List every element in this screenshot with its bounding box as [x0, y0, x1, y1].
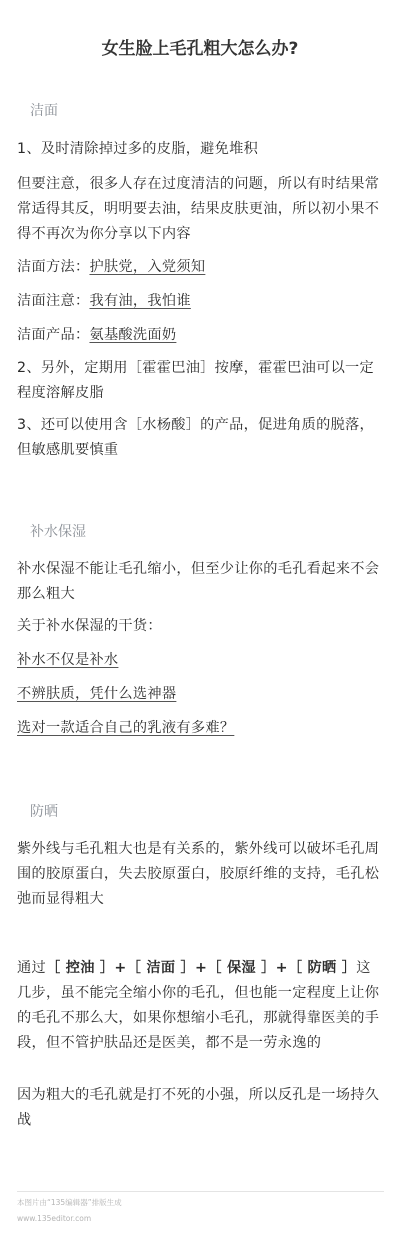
article-title: 女生脸上毛孔粗大怎么办?	[0, 34, 400, 59]
summary-lead: 通过	[17, 960, 46, 976]
cleansing-product-link[interactable]: 氨基酸洗面奶	[89, 327, 176, 343]
cleansing-note: 但要注意，很多人存在过度清洁的问题，所以有时结果常常适得其反，明明要去油，结果皮…	[17, 172, 385, 247]
hydration-link-3[interactable]: 选对一款适合自己的乳液有多难？	[17, 720, 234, 736]
cleansing-caution-label: 洁面注意：	[17, 293, 89, 309]
footer-divider	[17, 1191, 384, 1192]
footer-credit: 本图片由“135编辑器”排版生成	[17, 1197, 122, 1208]
cleansing-item-1: 1、及时清除掉过多的皮脂，避免堆积	[17, 137, 385, 162]
cleansing-product-line: 洁面产品：氨基酸洗面奶	[17, 323, 385, 348]
cleansing-product-label: 洁面产品：	[17, 327, 89, 343]
hydration-link-1[interactable]: 补水不仅是补水	[17, 652, 118, 668]
section-label-sunscreen: 防晒	[30, 801, 58, 821]
hydration-link-2-line: 不辨肤质，凭什么选神器	[17, 682, 385, 707]
cleansing-caution-line: 洁面注意：我有油，我怕谁	[17, 289, 385, 314]
cleansing-item-2: 2、另外，定期用［霍霍巴油］按摩，霍霍巴油可以一定程度溶解皮脂	[17, 356, 385, 406]
cleansing-method-label: 洁面方法：	[17, 259, 89, 275]
section-label-hydration: 补水保湿	[30, 521, 86, 541]
hydration-intro: 补水保湿不能让毛孔缩小，但至少让你的毛孔看起来不会那么粗大	[17, 557, 385, 607]
section-label-cleansing: 洁面	[30, 100, 58, 120]
summary-steps: ［ 控油 ］+［ 洁面 ］+［ 保湿 ］+［ 防晒 ］	[46, 960, 356, 976]
sunscreen-body: 紫外线与毛孔粗大也是有关系的，紫外线可以破坏毛孔周围的胶原蛋白，失去胶原蛋白，胶…	[17, 837, 385, 912]
cleansing-item-3: 3、还可以使用含［水杨酸］的产品，促进角质的脱落，但敏感肌要慎重	[17, 413, 385, 463]
hydration-link-3-line: 选对一款适合自己的乳液有多难？	[17, 716, 385, 741]
cleansing-method-line: 洁面方法：护肤党，入党须知	[17, 255, 385, 280]
hydration-tips-label: 关于补水保湿的干货：	[17, 614, 385, 639]
cleansing-caution-link[interactable]: 我有油，我怕谁	[89, 293, 190, 309]
summary-closing: 因为粗大的毛孔就是打不死的小强，所以反孔是一场持久战	[17, 1083, 385, 1133]
hydration-link-2[interactable]: 不辨肤质，凭什么选神器	[17, 686, 176, 702]
footer-url[interactable]: www.135editor.com	[17, 1214, 91, 1223]
hydration-link-1-line: 补水不仅是补水	[17, 648, 385, 673]
summary-paragraph: 通过［ 控油 ］+［ 洁面 ］+［ 保湿 ］+［ 防晒 ］这几步，虽不能完全缩小…	[17, 956, 385, 1056]
cleansing-method-link[interactable]: 护肤党，入党须知	[89, 259, 205, 275]
article-page: 女生脸上毛孔粗大怎么办? 洁面 1、及时清除掉过多的皮脂，避免堆积 但要注意，很…	[0, 0, 400, 1259]
